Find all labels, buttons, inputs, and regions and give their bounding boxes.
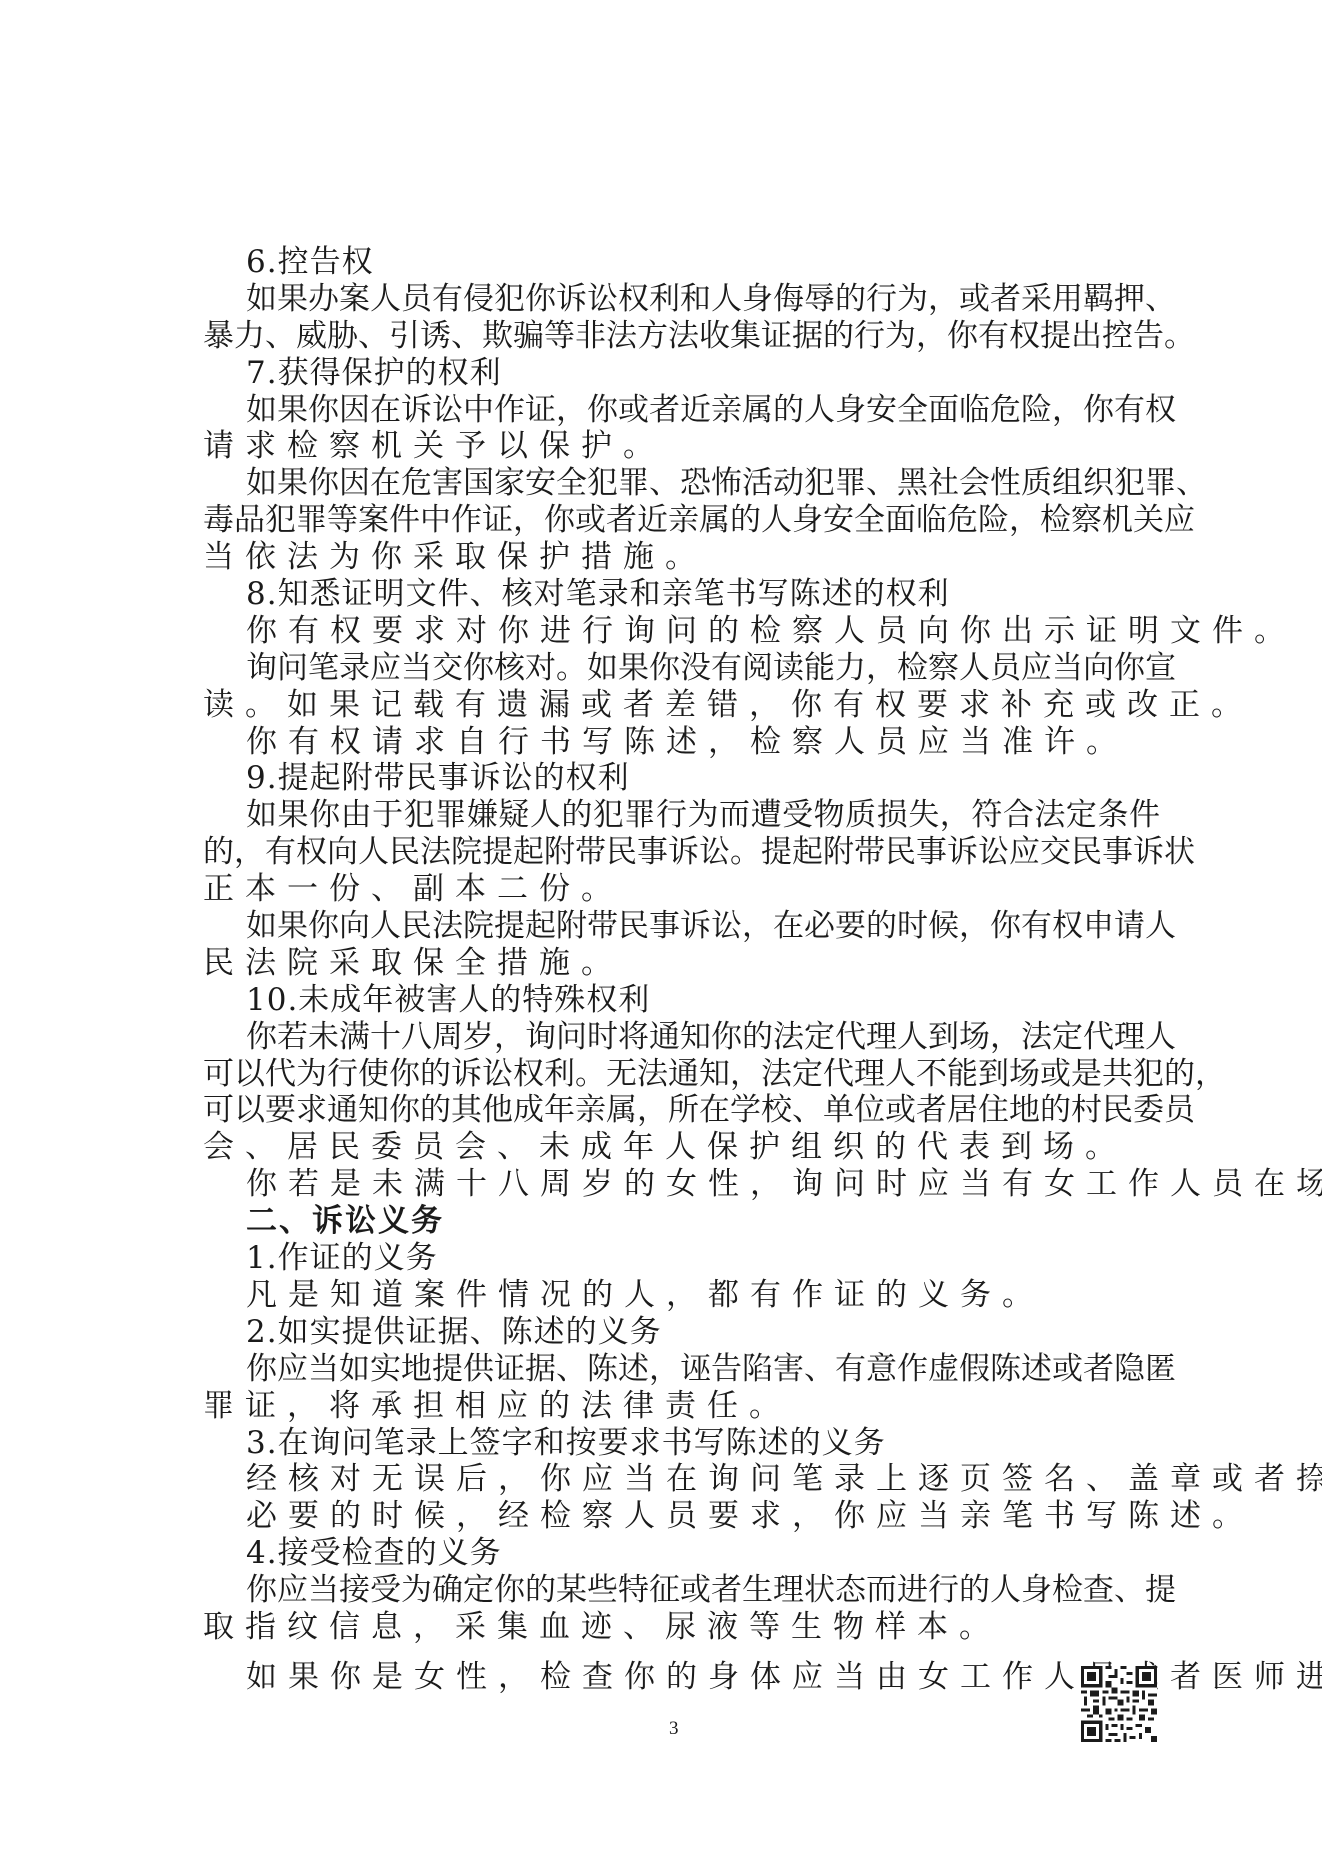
paragraph-line: 的，有权向人民法院提起附带民事诉讼。提起附带民事诉讼应交民事诉状 [203, 834, 1160, 871]
page-number: 3 [669, 1718, 679, 1740]
paragraph-line: 会、居民委员会、未成年人保护组织的代表到场。 [203, 1129, 1160, 1166]
paragraph-line: 正本一份、副本二份。 [203, 871, 1160, 908]
duty-heading: 3.在询问笔录上签字和按要求书写陈述的义务 [203, 1425, 1160, 1462]
paragraph-line: 必要的时候，经检察人员要求，你应当亲笔书写陈述。 [203, 1498, 1160, 1535]
paragraph-line: 读。如果记载有遗漏或者差错，你有权要求补充或改正。 [203, 687, 1160, 724]
paragraph-line: 如果你由于犯罪嫌疑人的犯罪行为而遭受物质损失，符合法定条件 [203, 797, 1160, 834]
document-body: 6.控告权 如果办案人员有侵犯你诉讼权利和人身侮辱的行为，或者采用羁押、 暴力、… [203, 244, 1160, 1696]
duty-heading: 4.接受检查的义务 [203, 1535, 1160, 1572]
paragraph-line: 可以要求通知你的其他成年亲属，所在学校、单位或者居住地的村民委员 [203, 1092, 1160, 1129]
paragraph-line: 你若是未满十八周岁的女性，询问时应当有女工作人员在场。 [203, 1166, 1160, 1203]
document-page: 6.控告权 如果办案人员有侵犯你诉讼权利和人身侮辱的行为，或者采用羁押、 暴力、… [0, 0, 1322, 1869]
paragraph-line: 凡是知道案件情况的人，都有作证的义务。 [203, 1277, 1160, 1314]
paragraph-line: 当依法为你采取保护措施。 [203, 539, 1160, 576]
section-heading: 8.知悉证明文件、核对笔录和亲笔书写陈述的权利 [203, 576, 1160, 613]
section-heading: 6.控告权 [203, 244, 1160, 281]
duty-heading: 1.作证的义务 [203, 1240, 1160, 1277]
paragraph-line: 如果你是女性，检查你的身体应当由女工作人员或者医师进行。 [203, 1659, 1160, 1696]
section-heading: 10.未成年被害人的特殊权利 [203, 982, 1160, 1019]
paragraph-line: 毒品犯罪等案件中作证，你或者近亲属的人身安全面临危险，检察机关应 [203, 502, 1160, 539]
paragraph-line: 暴力、威胁、引诱、欺骗等非法方法收集证据的行为，你有权提出控告。 [203, 318, 1160, 355]
paragraph-line: 你有权要求对你进行询问的检察人员向你出示证明文件。 [203, 613, 1160, 650]
section-heading: 7.获得保护的权利 [203, 355, 1160, 392]
paragraph-line: 你应当如实地提供证据、陈述，诬告陷害、有意作虚假陈述或者隐匿 [203, 1351, 1160, 1388]
qr-code-icon [1081, 1666, 1157, 1742]
paragraph-line: 罪证，将承担相应的法律责任。 [203, 1388, 1160, 1425]
part-heading: 二、诉讼义务 [203, 1203, 1160, 1240]
paragraph-line: 你应当接受为确定你的某些特征或者生理状态而进行的人身检查、提 [203, 1572, 1160, 1609]
paragraph-line: 可以代为行使你的诉讼权利。无法通知，法定代理人不能到场或是共犯的， [203, 1056, 1160, 1093]
paragraph-line: 如果你因在危害国家安全犯罪、恐怖活动犯罪、黑社会性质组织犯罪、 [203, 465, 1160, 502]
paragraph-line: 经核对无误后，你应当在询问笔录上逐页签名、盖章或者捺指印。 [203, 1461, 1160, 1498]
paragraph-line: 请求检察机关予以保护。 [203, 428, 1160, 465]
paragraph-gap [203, 1646, 1160, 1659]
paragraph-line: 如果你因在诉讼中作证，你或者近亲属的人身安全面临危险，你有权 [203, 392, 1160, 429]
paragraph-line: 询问笔录应当交你核对。如果你没有阅读能力，检察人员应当向你宣 [203, 650, 1160, 687]
paragraph-line: 民法院采取保全措施。 [203, 945, 1160, 982]
paragraph-line: 你若未满十八周岁，询问时将通知你的法定代理人到场，法定代理人 [203, 1019, 1160, 1056]
paragraph-line: 你有权请求自行书写陈述，检察人员应当准许。 [203, 724, 1160, 761]
section-heading: 9.提起附带民事诉讼的权利 [203, 760, 1160, 797]
duty-heading: 2.如实提供证据、陈述的义务 [203, 1314, 1160, 1351]
paragraph-line: 取指纹信息，采集血迹、尿液等生物样本。 [203, 1609, 1160, 1646]
paragraph-line: 如果你向人民法院提起附带民事诉讼，在必要的时候，你有权申请人 [203, 908, 1160, 945]
paragraph-line: 如果办案人员有侵犯你诉讼权利和人身侮辱的行为，或者采用羁押、 [203, 281, 1160, 318]
